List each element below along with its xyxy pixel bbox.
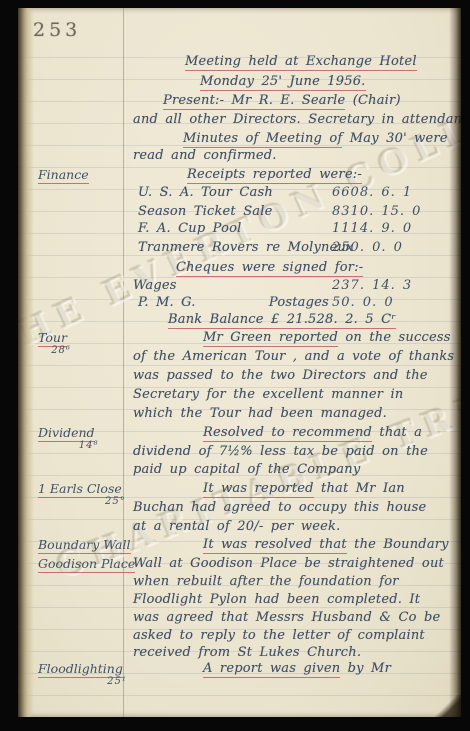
handwriting-text: Tranmere Rovers re Molyneux bbox=[138, 239, 354, 256]
plain-text: Wall at Goodison Place be straightened o… bbox=[133, 556, 444, 571]
handwriting-text: Receipts reported were:- bbox=[187, 166, 362, 183]
amount-value: 250. 0. 0 bbox=[332, 239, 403, 256]
minute-line: Meeting held at Exchange Hotel bbox=[18, 53, 461, 71]
minute-line: Minutes of Meeting of May 30' were bbox=[18, 130, 461, 148]
handwriting-text: Season Ticket Sale bbox=[138, 203, 273, 220]
plain-text: that a bbox=[372, 425, 422, 440]
plain-text: U. S. A. Tour Cash bbox=[138, 185, 273, 200]
handwriting-text: received from St Lukes Church. bbox=[133, 644, 361, 661]
margin-heading: 1 Earls Close25° bbox=[38, 480, 122, 497]
minute-line: Season Ticket Sale8310. 15. 0 bbox=[18, 203, 461, 221]
minute-line: Goodison PlaceWall at Goodison Place be … bbox=[18, 555, 461, 573]
minute-line: paid up capital of the Company bbox=[18, 461, 461, 479]
plain-text: dividend of 7½% less tax be paid on the bbox=[133, 444, 428, 459]
minute-line: Secretary for the excellent manner in bbox=[18, 386, 461, 404]
handwriting-text: Wages bbox=[133, 277, 177, 294]
red-underlined-text: It was resolved that bbox=[203, 537, 347, 554]
red-underlined-text: Bank Balance £ 21.528. 2. 5 Cʳ bbox=[168, 312, 396, 329]
handwriting-text: of the American Tour , and a vote of tha… bbox=[133, 348, 454, 365]
handwriting-text: It was resolved that the Boundary bbox=[203, 536, 449, 553]
margin-heading: Dividend14⁸ bbox=[38, 424, 95, 441]
amount-value: 6608. 6. 1 bbox=[332, 184, 412, 201]
handwriting-text: which the Tour had been managed. bbox=[133, 405, 387, 422]
amount-value: 1114. 9. 0 bbox=[332, 220, 412, 237]
minute-line: Tranmere Rovers re Molyneux250. 0. 0 bbox=[18, 239, 461, 257]
amount-value: 50. 0. 0 bbox=[332, 294, 394, 311]
handwriting-text: Present:- Mr R. E. Searle (Chair) bbox=[163, 92, 401, 109]
margin-heading: Goodison Place bbox=[38, 555, 135, 572]
handwriting-text: Mr Green reported on the success bbox=[203, 329, 451, 346]
handwriting-text: U. S. A. Tour Cash bbox=[138, 184, 273, 201]
red-underlined-text: Minutes of Meeting of bbox=[183, 131, 342, 148]
minute-line: and all other Directors. Secretary in at… bbox=[18, 111, 461, 129]
minute-line: of the American Tour , and a vote of tha… bbox=[18, 348, 461, 366]
amount-value: 8310. 15. 0 bbox=[332, 203, 421, 220]
minute-line: Dividend14⁸Resolved to recommend that a bbox=[18, 424, 461, 442]
handwriting-text: Resolved to recommend that a bbox=[203, 424, 422, 441]
margin-heading: Tour28⁶ bbox=[38, 329, 67, 346]
minute-line: Cheques were signed for:- bbox=[18, 259, 461, 277]
minute-line: Wages237. 14. 3 bbox=[18, 277, 461, 295]
plain-text: at a rental of 20/- per week. bbox=[133, 519, 340, 534]
handwriting-text: Monday 25' June 1956. bbox=[200, 73, 366, 90]
minute-line: FinanceReceipts reported were:- bbox=[18, 166, 461, 184]
plain-text: that Mr Ian bbox=[314, 481, 405, 496]
handwriting-text: Secretary for the excellent manner in bbox=[133, 386, 403, 403]
handwriting-text: was passed to the two Directors and the bbox=[133, 367, 428, 384]
minute-line: Boundary WallIt was resolved that the Bo… bbox=[18, 536, 461, 554]
red-underlined-text: Present:- Mr R. E. Searle bbox=[163, 93, 345, 110]
minute-line: at a rental of 20/- per week. bbox=[18, 518, 461, 536]
plain-text: paid up capital of the Company bbox=[133, 462, 360, 477]
margin-heading-text: Boundary Wall bbox=[38, 537, 131, 554]
minute-line: Floodlighting25¹A report was given by Mr bbox=[18, 660, 461, 678]
handwriting-text: was agreed that Messrs Husband & Co be bbox=[133, 609, 440, 626]
plain-text: asked to reply to the letter of complain… bbox=[133, 628, 425, 643]
plain-text: which the Tour had been managed. bbox=[133, 406, 387, 421]
plain-text: of the American Tour , and a vote of tha… bbox=[133, 349, 454, 364]
red-underlined-text: Cheques were signed for:- bbox=[176, 260, 363, 277]
page-corner-curl bbox=[431, 695, 461, 717]
plain-text: Wages bbox=[133, 278, 177, 293]
handwriting-text: P. M. G. Postages bbox=[138, 294, 329, 311]
handwriting-text: asked to reply to the letter of complain… bbox=[133, 627, 425, 644]
plain-text: when rebuilt after the foundation for bbox=[133, 574, 399, 589]
minute-line: Tour28⁶Mr Green reported on the success bbox=[18, 329, 461, 347]
minute-line: F. A. Cup Pool1114. 9. 0 bbox=[18, 220, 461, 238]
margin-heading-text: Finance bbox=[38, 167, 89, 184]
margin-heading-text: Goodison Place bbox=[38, 556, 135, 573]
margin-heading: Boundary Wall bbox=[38, 536, 131, 553]
minute-line: P. M. G. Postages50. 0. 0 bbox=[18, 294, 461, 312]
handwriting-text: It was reported that Mr Ian bbox=[203, 480, 405, 497]
minute-line: was agreed that Messrs Husband & Co be bbox=[18, 609, 461, 627]
page-number: 253 bbox=[33, 19, 81, 41]
page-binding-edge bbox=[18, 8, 34, 717]
margin-heading: Finance bbox=[38, 166, 89, 183]
handwriting-text: Cheques were signed for:- bbox=[176, 259, 363, 276]
plain-text: the Boundary bbox=[347, 537, 449, 552]
handwriting-text: Bank Balance £ 21.528. 2. 5 Cʳ bbox=[168, 311, 396, 328]
photo-frame: { "page": { "number": "253", "watermark"… bbox=[0, 0, 470, 731]
handwriting-text: read and confirmed. bbox=[133, 147, 277, 164]
plain-text: Season Ticket Sale bbox=[138, 204, 273, 219]
minute-line: which the Tour had been managed. bbox=[18, 405, 461, 423]
plain-text: F. A. Cup Pool bbox=[138, 221, 242, 236]
red-underlined-text: Mr Green reported bbox=[203, 330, 338, 347]
minute-line: Bank Balance £ 21.528. 2. 5 Cʳ bbox=[18, 311, 461, 329]
plain-text: and all other Directors. Secretary in at… bbox=[133, 112, 461, 127]
plain-text: read and confirmed. bbox=[133, 148, 277, 163]
plain-text: May 30' were bbox=[342, 131, 447, 146]
minute-line: Monday 25' June 1956. bbox=[18, 73, 461, 91]
red-underlined-text: Resolved to recommend bbox=[203, 425, 372, 442]
handwriting-text: when rebuilt after the foundation for bbox=[133, 573, 399, 590]
margin-heading: Floodlighting25¹ bbox=[38, 660, 123, 677]
red-underlined-text: Monday 25' June 1956. bbox=[200, 74, 366, 91]
plain-text: received from St Lukes Church. bbox=[133, 645, 361, 660]
handwriting-text: Wall at Goodison Place be straightened o… bbox=[133, 555, 444, 572]
minute-line: was passed to the two Directors and the bbox=[18, 367, 461, 385]
minute-line: read and confirmed. bbox=[18, 147, 461, 165]
handwriting-text: Minutes of Meeting of May 30' were bbox=[183, 130, 448, 147]
plain-text: Floodlight Pylon had been completed. It bbox=[133, 592, 420, 607]
plain-text: by Mr bbox=[340, 661, 391, 676]
amount-value: 237. 14. 3 bbox=[332, 277, 412, 294]
minute-line: U. S. A. Tour Cash6608. 6. 1 bbox=[18, 184, 461, 202]
handwriting-text: F. A. Cup Pool bbox=[138, 220, 242, 237]
red-underlined-text: It was reported bbox=[203, 481, 314, 498]
page-right-edge bbox=[449, 8, 461, 717]
handwriting-text: at a rental of 20/- per week. bbox=[133, 518, 340, 535]
red-underlined-text: Receipts reported were:- bbox=[187, 167, 362, 184]
plain-text: was agreed that Messrs Husband & Co be bbox=[133, 610, 440, 625]
handwriting-text: Meeting held at Exchange Hotel bbox=[185, 53, 417, 70]
plain-text: P. M. G. Postages bbox=[138, 295, 329, 310]
minute-line: asked to reply to the letter of complain… bbox=[18, 627, 461, 645]
minute-line: 1 Earls Close25°It was reported that Mr … bbox=[18, 480, 461, 498]
red-underlined-text: Meeting held at Exchange Hotel bbox=[185, 54, 417, 71]
handwriting-text: and all other Directors. Secretary in at… bbox=[133, 111, 461, 128]
ledger-page: THE EVERTON COLLECTION CHARITABLE TRUST … bbox=[18, 8, 461, 717]
minute-line: Floodlight Pylon had been completed. It bbox=[18, 591, 461, 609]
handwriting-text: dividend of 7½% less tax be paid on the bbox=[133, 443, 428, 460]
plain-text: Buchan had agreed to occupy this house bbox=[133, 500, 426, 515]
margin-page-ref: 25¹ bbox=[107, 673, 127, 690]
plain-text: was passed to the two Directors and the bbox=[133, 368, 428, 383]
minute-line: Buchan had agreed to occupy this house bbox=[18, 499, 461, 517]
plain-text: on the success bbox=[338, 330, 451, 345]
plain-text: Tranmere Rovers re Molyneux bbox=[138, 240, 354, 255]
red-underlined-text: A report was given bbox=[203, 661, 340, 678]
plain-text: Secretary for the excellent manner in bbox=[133, 387, 403, 402]
plain-text: (Chair) bbox=[345, 93, 400, 108]
minute-line: Present:- Mr R. E. Searle (Chair) bbox=[18, 92, 461, 110]
handwriting-text: A report was given by Mr bbox=[203, 660, 391, 677]
minute-line: when rebuilt after the foundation for bbox=[18, 573, 461, 591]
handwriting-text: Floodlight Pylon had been completed. It bbox=[133, 591, 420, 608]
minute-line: dividend of 7½% less tax be paid on the bbox=[18, 443, 461, 461]
handwriting-text: paid up capital of the Company bbox=[133, 461, 360, 478]
handwriting-text: Buchan had agreed to occupy this house bbox=[133, 499, 426, 516]
